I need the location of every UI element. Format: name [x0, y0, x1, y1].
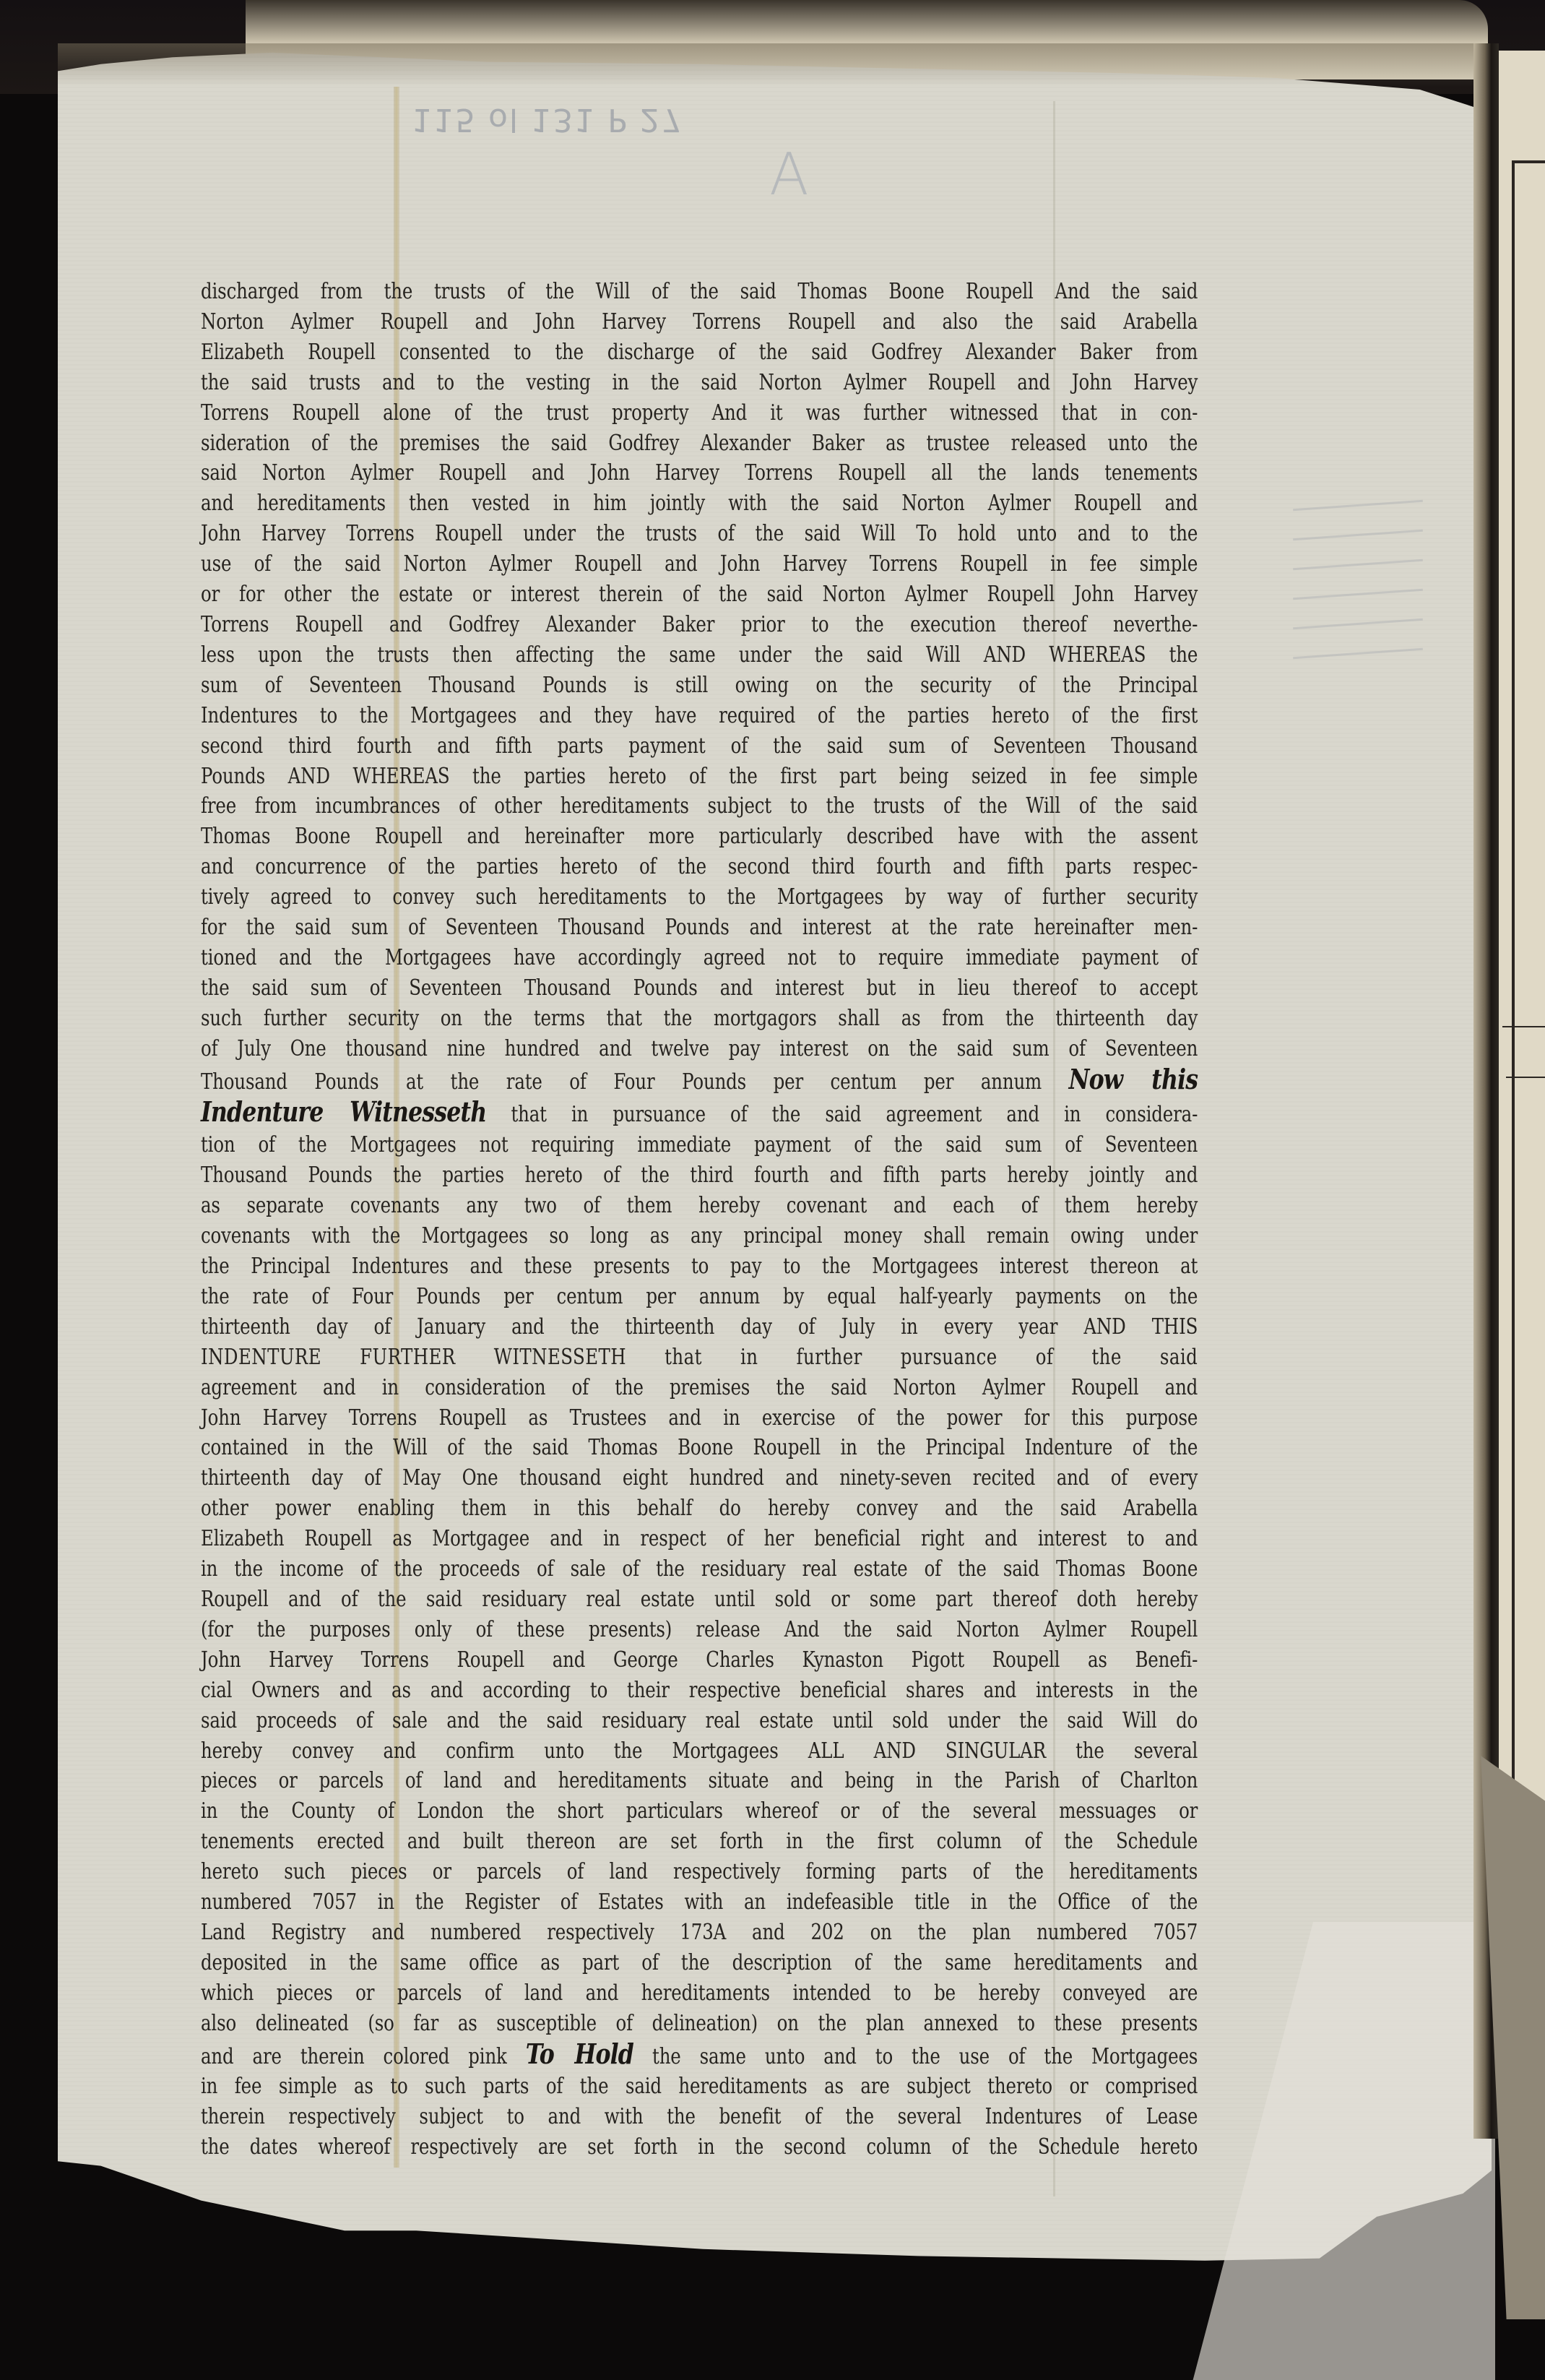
- text-line: thirteenth day of January and the thirte…: [201, 1312, 1198, 1342]
- text-line: the dates whereof respectively are set f…: [201, 2132, 1198, 2163]
- text-line-to-hold: and are therein colored pink To Hold the…: [201, 2039, 1198, 2072]
- text-line: tenements erected and built thereon are …: [201, 1827, 1198, 1857]
- text-line: the rate of Four Pounds per centum per a…: [201, 1282, 1198, 1312]
- text-line: Indentures to the Mortgagees and they ha…: [201, 701, 1198, 731]
- text-line: free from incumbrances of other heredita…: [201, 791, 1198, 822]
- pencil-side-scribbles: [1293, 477, 1423, 766]
- text-line: said proceeds of sale and the said resid…: [201, 1706, 1198, 1736]
- text-line: sideration of the premises the said Godf…: [201, 428, 1198, 459]
- text-line: the said trusts and to the vesting in th…: [201, 368, 1198, 398]
- blackletter-heading-indenture-witnesseth: Indenture Witnesseth: [201, 1095, 486, 1128]
- text-line: John Harvey Torrens Roupell and George C…: [201, 1645, 1198, 1676]
- text-line: the Principal Indentures and these prese…: [201, 1251, 1198, 1282]
- text-line: agreement and in consideration of the pr…: [201, 1373, 1198, 1403]
- text-line: less upon the trusts then affecting the …: [201, 640, 1198, 671]
- text-line: Land Registry and numbered respectively …: [201, 1918, 1198, 1948]
- page-torn-edge-shadow: [58, 43, 1492, 87]
- adjacent-page-border-frame: [1512, 160, 1545, 1897]
- text-line: hereby convey and confirm unto the Mortg…: [201, 1736, 1198, 1767]
- text-line: Elizabeth Roupell as Mortgagee and in re…: [201, 1524, 1198, 1554]
- text-line: of July One thousand nine hundred and tw…: [201, 1034, 1198, 1064]
- text-line: in the income of the proceeds of sale of…: [201, 1554, 1198, 1584]
- text-line: thirteenth day of May One thousand eight…: [201, 1463, 1198, 1493]
- text-segment: Thousand Pounds at the rate of Four Poun…: [201, 1069, 1042, 1094]
- text-line: INDENTURE FURTHER WITNESSETH that in fur…: [201, 1342, 1198, 1373]
- text-line: Thomas Boone Roupell and hereinafter mor…: [201, 822, 1198, 852]
- text-line: use of the said Norton Aylmer Roupell an…: [201, 549, 1198, 579]
- adjacent-page-rule: [1502, 1026, 1545, 1027]
- text-line: (for the purposes only of these presents…: [201, 1615, 1198, 1645]
- text-line: cial Owners and as and according to thei…: [201, 1676, 1198, 1706]
- text-line: or for other the estate or interest ther…: [201, 579, 1198, 610]
- deed-body-text: discharged from the trusts of the Will o…: [201, 277, 1198, 2163]
- text-line: therein respectively subject to and with…: [201, 2102, 1198, 2132]
- text-line: hereto such pieces or parcels of land re…: [201, 1857, 1198, 1887]
- text-line: numbered 7057 in the Register of Estates…: [201, 1887, 1198, 1918]
- text-line: in fee simple as to such parts of the sa…: [201, 2071, 1198, 2102]
- text-line: Roupell and of the said residuary real e…: [201, 1584, 1198, 1615]
- text-segment: the same unto and to the use of the Mort…: [652, 2044, 1198, 2069]
- text-line: other power enabling them in this behalf…: [201, 1493, 1198, 1524]
- blackletter-heading-to-hold: To Hold: [526, 2038, 633, 2070]
- text-line: pieces or parcels of land and hereditame…: [201, 1766, 1198, 1796]
- text-line: in the County of London the short partic…: [201, 1796, 1198, 1827]
- text-line: deposited in the same office as part of …: [201, 1948, 1198, 1978]
- text-line: said Norton Aylmer Roupell and John Harv…: [201, 458, 1198, 488]
- text-line-indenture-witnesseth: Indenture Witnesseth that in pursuance o…: [201, 1097, 1198, 1130]
- text-line: Torrens Roupell alone of the trust prope…: [201, 398, 1198, 428]
- text-line: and hereditaments then vested in him joi…: [201, 488, 1198, 519]
- text-line: John Harvey Torrens Roupell under the tr…: [201, 519, 1198, 549]
- text-line: Pounds AND WHEREAS the parties hereto of…: [201, 762, 1198, 792]
- text-line: Elizabeth Roupell consented to the disch…: [201, 337, 1198, 368]
- text-line: the said sum of Seventeen Thousand Pound…: [201, 973, 1198, 1004]
- text-line: covenants with the Mortgagees so long as…: [201, 1221, 1198, 1251]
- text-line: Norton Aylmer Roupell and John Harvey To…: [201, 307, 1198, 337]
- blackletter-heading-now-this: Now this: [1069, 1063, 1198, 1095]
- text-line: sum of Seventeen Thousand Pounds is stil…: [201, 671, 1198, 701]
- text-line: discharged from the trusts of the Will o…: [201, 277, 1198, 307]
- text-line: which pieces or parcels of land and here…: [201, 1978, 1198, 2009]
- text-line: for the said sum of Seventeen Thousand P…: [201, 913, 1198, 943]
- text-segment: that in pursuance of the said agreement …: [511, 1102, 1198, 1126]
- text-line: as separate covenants any two of them he…: [201, 1191, 1198, 1221]
- text-line: second third fourth and fifth parts paym…: [201, 731, 1198, 762]
- text-line: also delineated (so far as susceptible o…: [201, 2009, 1198, 2039]
- text-line: tion of the Mortgagees not requiring imm…: [201, 1130, 1198, 1160]
- text-segment: and are therein colored pink: [201, 2044, 507, 2069]
- text-line: John Harvey Torrens Roupell as Trustees …: [201, 1403, 1198, 1433]
- text-line: such further security on the terms that …: [201, 1004, 1198, 1034]
- text-line: Thousand Pounds the parties hereto of th…: [201, 1160, 1198, 1191]
- adjacent-page-rule: [1506, 1077, 1545, 1078]
- text-line: contained in the Will of the said Thomas…: [201, 1433, 1198, 1463]
- text-line-now-this: Thousand Pounds at the rate of Four Poun…: [201, 1064, 1198, 1098]
- pencil-letter-annotation: A: [769, 141, 809, 208]
- text-line: and concurrence of the parties hereto of…: [201, 852, 1198, 882]
- text-line: tively agreed to convey such hereditamen…: [201, 882, 1198, 913]
- text-line: tioned and the Mortgagees have according…: [201, 943, 1198, 973]
- text-line: Torrens Roupell and Godfrey Alexander Ba…: [201, 610, 1198, 640]
- pencil-reference-annotation: 115 ol 131 P 27: [412, 101, 683, 138]
